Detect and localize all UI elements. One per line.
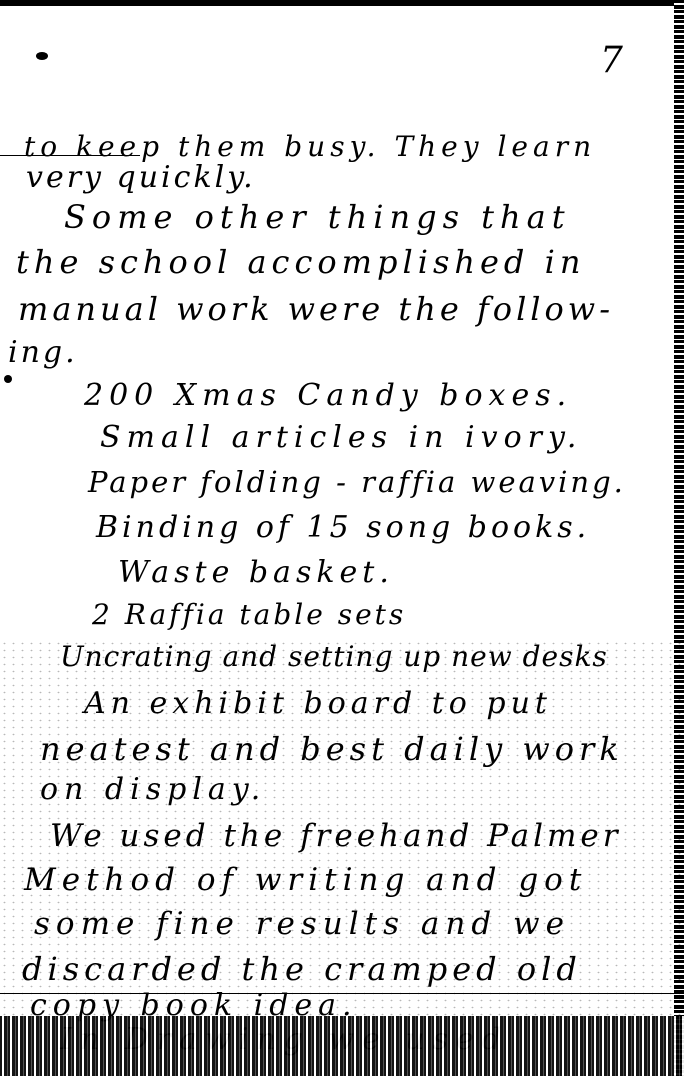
text-line: very quickly. (26, 160, 256, 195)
list-item: 2 Raffia table sets (92, 598, 406, 631)
scan-top-edge (0, 0, 684, 6)
text-line: discarded the cramped old (22, 950, 582, 988)
text-line: some fine results and we (34, 906, 570, 942)
text-line: Method of writing and got (24, 862, 587, 898)
list-item: Binding of 15 song books. (96, 510, 590, 545)
underline (0, 155, 140, 156)
scan-bottom-noise (0, 1016, 684, 1076)
text-line: the school accomplished in (16, 243, 585, 281)
text-line: Some other things that (64, 198, 571, 236)
list-item: neatest and best daily work (40, 730, 624, 768)
list-item: Waste basket. (118, 555, 394, 590)
text-line: to keep them busy. They learn (24, 130, 596, 163)
page-number: 7 (600, 40, 623, 81)
list-item: Uncrating and setting up new desks (60, 640, 608, 673)
list-item: An exhibit board to put (84, 686, 552, 721)
text-line: We used the freehand Palmer (50, 818, 622, 854)
list-item: Small articles in ivory. (100, 420, 582, 455)
list-item: 200 Xmas Candy boxes. (84, 378, 572, 413)
list-item: Paper folding - raffia weaving. (88, 465, 626, 499)
text-line: ing. (8, 335, 78, 370)
ink-blot (36, 52, 48, 60)
list-item: on display. (40, 772, 266, 807)
ink-blot (4, 375, 12, 383)
text-line: manual work were the follow- (18, 290, 614, 328)
document-page: 7 to keep them busy. They learn very qui… (0, 0, 684, 1076)
